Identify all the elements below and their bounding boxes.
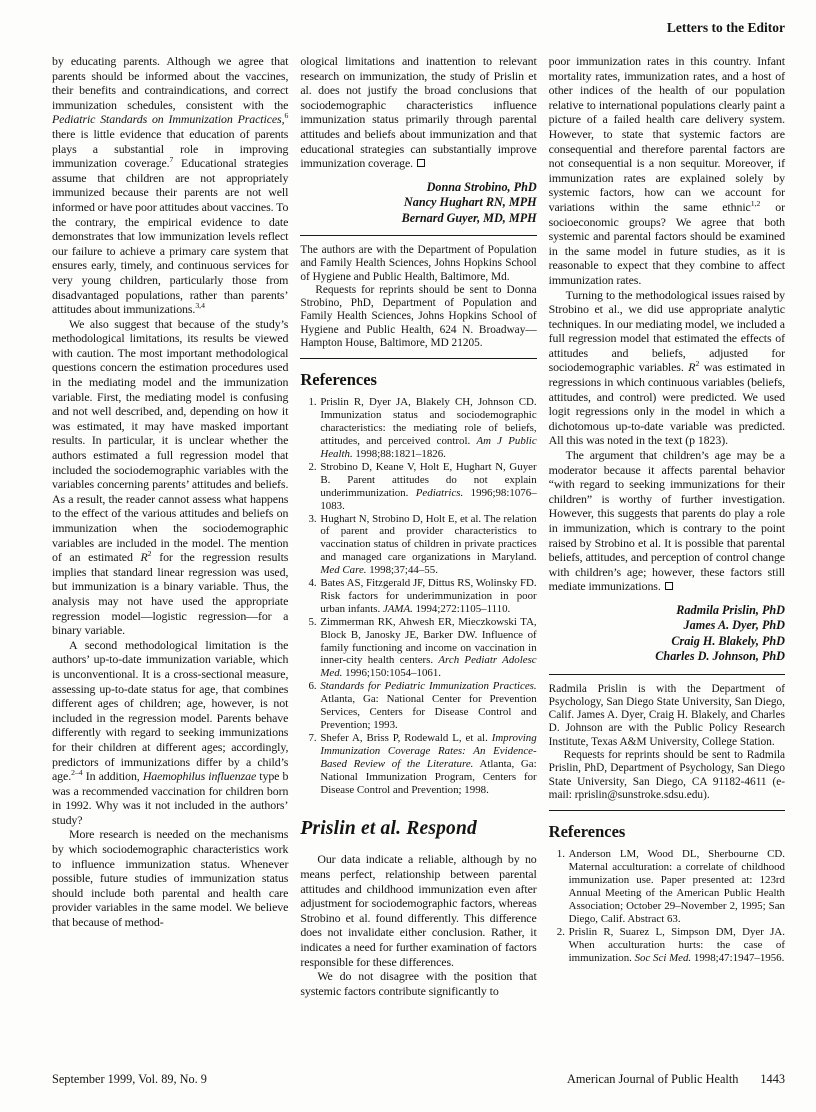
signature: Donna Strobino, PhD [300,180,536,195]
paragraph: A second methodological limitation is th… [52,638,288,828]
end-of-letter-mark [665,582,673,590]
references-heading: References [300,370,536,390]
signature: James A. Dyer, PhD [549,618,785,633]
reference-item: Shefer A, Briss P, Rodewald L, et al. Im… [319,732,536,797]
paragraph: by educating parents. Although we agree … [52,54,288,317]
paragraph: The argument that children’s age may be … [549,448,785,594]
signature-block: Radmila Prislin, PhDJames A. Dyer, PhDCr… [549,603,785,665]
divider [549,674,785,675]
divider [300,235,536,236]
column-middle: ological limitations and inattention to … [300,54,536,998]
reference-item: Bates AS, Fitzgerald JF, Dittus RS, Woli… [319,577,536,616]
paragraph: We also suggest that because of the stud… [52,317,288,638]
affiliation-note: The authors are with the Department of P… [300,244,536,350]
affiliation-paragraph: Requests for reprints should be sent to … [300,284,536,350]
reference-item: Prislin R, Suarez L, Simpson DM, Dyer JA… [568,926,785,965]
affiliation-paragraph: Radmila Prislin is with the Department o… [549,683,785,749]
page-footer: September 1999, Vol. 89, No. 9 American … [52,1072,785,1087]
affiliation-paragraph: The authors are with the Department of P… [300,244,536,284]
column-right: poor immunization rates in this country.… [549,54,785,964]
signature: Nancy Hughart RN, MPH [300,195,536,210]
footer-journal-name: American Journal of Public Health [567,1072,738,1087]
footer-page-number: 1443 [760,1072,785,1087]
reference-item: Anderson LM, Wood DL, Sherbourne CD. Mat… [568,848,785,925]
paragraph: ological limitations and inattention to … [300,54,536,171]
column-left: by educating parents. Although we agree … [52,54,288,930]
signature: Charles D. Johnson, PhD [549,649,785,664]
reference-item: Strobino D, Keane V, Holt E, Hughart N, … [319,461,536,513]
affiliation-note: Radmila Prislin is with the Department o… [549,683,785,803]
reference-item: Prislin R, Dyer JA, Blakely CH, Johnson … [319,396,536,461]
references-heading: References [549,822,785,842]
signature: Radmila Prislin, PhD [549,603,785,618]
paragraph: We do not disagree with the position tha… [300,969,536,998]
reference-item: Hughart N, Strobino D, Holt E, et al. Th… [319,513,536,578]
content-columns: by educating parents. Although we agree … [52,54,785,998]
footer-issue-info: September 1999, Vol. 89, No. 9 [52,1072,207,1087]
letter-title: Prislin et al. Respond [300,818,536,840]
paragraph: Turning to the methodological issues rai… [549,288,785,449]
affiliation-paragraph: Requests for reprints should be sent to … [549,749,785,802]
reference-item: Standards for Pediatric Immunization Pra… [319,680,536,732]
divider [300,358,536,359]
references-list: Anderson LM, Wood DL, Sherbourne CD. Mat… [549,848,785,964]
divider [549,810,785,811]
signature: Bernard Guyer, MD, MPH [300,211,536,226]
signature-block: Donna Strobino, PhDNancy Hughart RN, MPH… [300,180,536,226]
paragraph: Our data indicate a reliable, although b… [300,852,536,969]
paragraph: More research is needed on the mechanism… [52,827,288,929]
signature: Craig H. Blakely, PhD [549,634,785,649]
journal-page: Letters to the Editor by educating paren… [0,0,816,1112]
paragraph: poor immunization rates in this country.… [549,54,785,288]
footer-journal-info: American Journal of Public Health 1443 [567,1072,785,1087]
running-head: Letters to the Editor [667,20,785,36]
reference-item: Zimmerman RK, Ahwesh ER, Mieczkowski TA,… [319,616,536,681]
end-of-letter-mark [417,159,425,167]
references-list: Prislin R, Dyer JA, Blakely CH, Johnson … [300,396,536,796]
